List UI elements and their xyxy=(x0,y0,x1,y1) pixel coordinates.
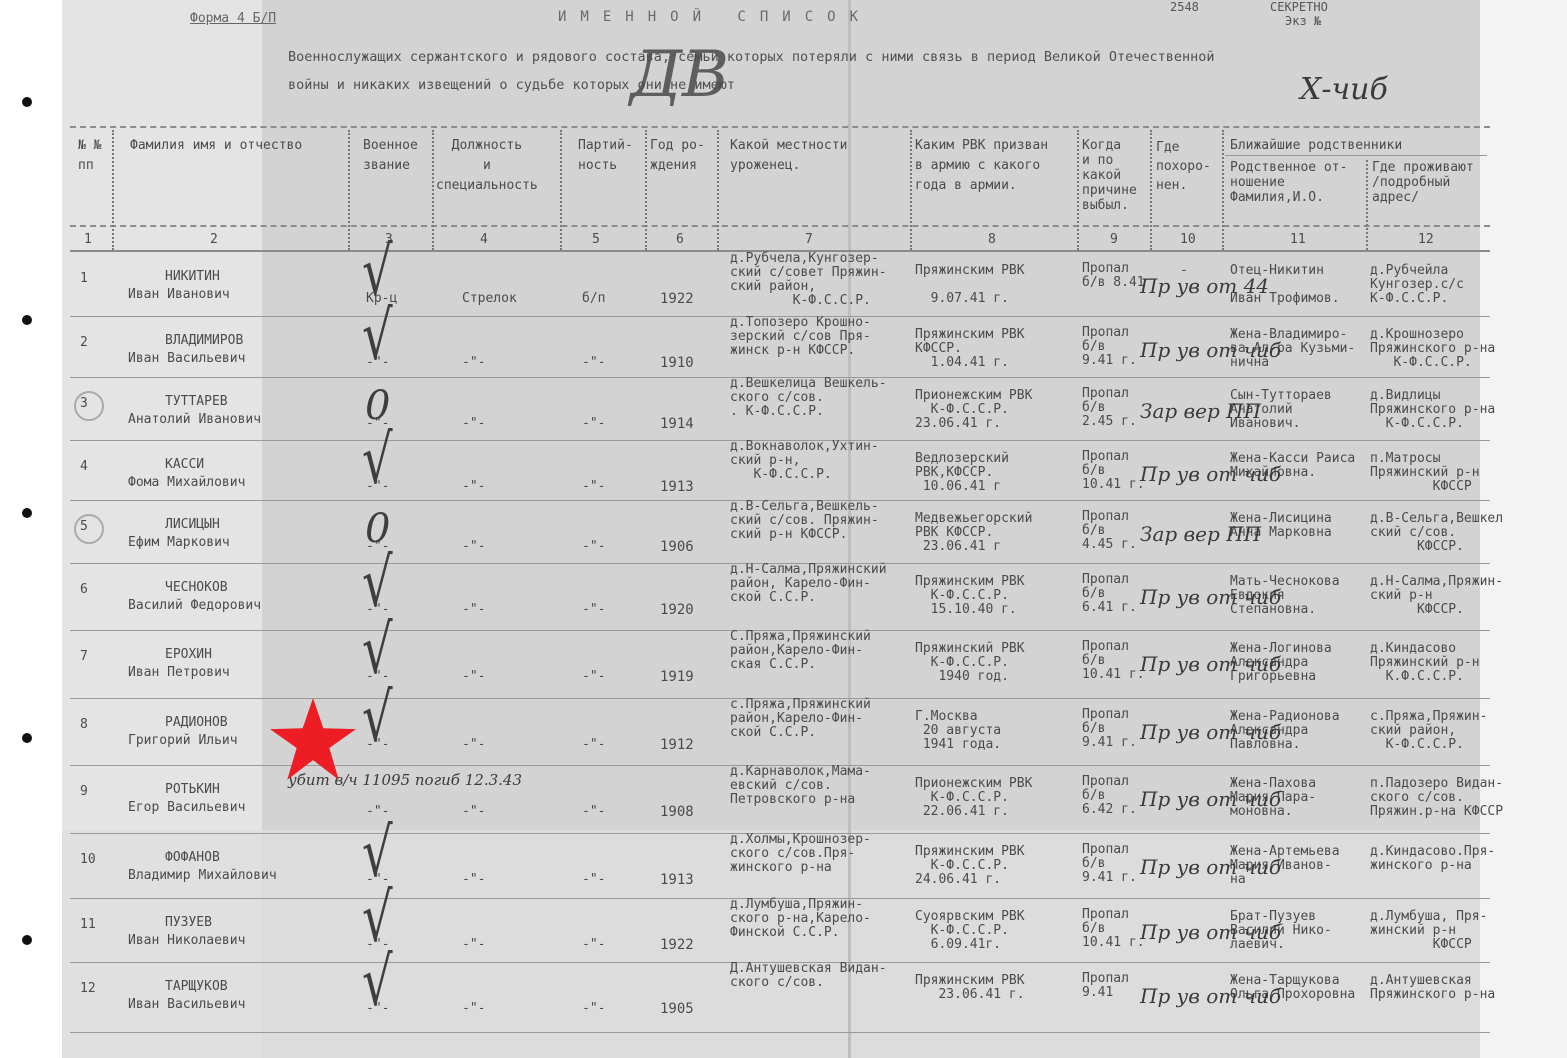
cell-party: -"- xyxy=(582,738,605,752)
cell-given: Иван Петрович xyxy=(128,666,230,680)
cell-left: Пропал б/в 6.42 г. xyxy=(1082,775,1137,817)
cell-num: 10 xyxy=(80,853,96,867)
cell-left: Пропал б/в 9.41 г. xyxy=(1082,326,1137,368)
cell-surname: ВЛАДИМИРОВ xyxy=(165,334,243,348)
cell-birthplace: с.Пряжа,Пряжинский район,Карело-Фин- ско… xyxy=(730,698,871,740)
table-row: 2ВЛАДИМИРОВИван Васильевич-"--"--"-1910д… xyxy=(0,316,1567,377)
col-num-1: 1 xyxy=(84,230,92,250)
cell-rvk: Пряжинским РВК 9.07.41 г. xyxy=(915,264,1025,306)
binder-hole xyxy=(22,97,32,107)
col-header-12: Где проживают /подробный адрес/ xyxy=(1372,160,1474,205)
cell-num: 7 xyxy=(80,650,88,664)
cell-rvk: Пряжинским РВК К-Ф.С.С.Р. 24.06.41 г. xyxy=(915,845,1025,887)
cell-rvk: Медвежьегорский РВК КФССР. 23.06.41 г xyxy=(915,512,1032,554)
col-num-6: 6 xyxy=(676,230,684,250)
cell-birthplace: д.Н-Салма,Пряжинский район, Карело-Фин- … xyxy=(730,563,887,605)
cell-given: Василий Федорович xyxy=(128,599,261,613)
cell-surname: РОТЬКИН xyxy=(165,783,220,797)
cell-year: 1922 xyxy=(660,292,694,306)
cell-address: п.Падозеро Видан- ского с/сов. Пряжин.р-… xyxy=(1370,777,1503,819)
cell-address: д.Киндасово.Пря- жинского р-на xyxy=(1370,845,1495,873)
cell-party: б/п xyxy=(582,292,605,306)
cell-address: д.Рубчейла Кунгозер.с/с К-Ф.С.С.Р. xyxy=(1370,264,1464,306)
cell-rvk: Прионежским РВК К-Ф.С.С.Р. 22.06.41 г. xyxy=(915,777,1032,819)
cell-birthplace: д.Лумбуша,Пряжин- ского р-на,Карело- Фин… xyxy=(730,898,871,940)
cell-rvk: Пряжинским РВК 23.06.41 г. xyxy=(915,974,1025,1002)
handwritten-status-note: Пр ув от чиб xyxy=(1140,984,1281,1008)
cell-address: д.Антушевская Пряжинского р-на xyxy=(1370,974,1495,1002)
handwritten-status-note: Пр ув от чиб xyxy=(1140,462,1281,486)
cell-surname: ЛИСИЦЫН xyxy=(165,518,220,532)
table-row: 3ТУТТАРЕВАнатолий Иванович-"--"--"-1914д… xyxy=(0,377,1567,440)
cell-party: -"- xyxy=(582,603,605,617)
cell-address: д.Н-Салма,Пряжин- ский р-н КФССР. xyxy=(1370,575,1503,617)
check-mark-icon: √ xyxy=(362,611,393,689)
cell-address: д.Крошнозеро Пряжинского р-на К-Ф.С.С.Р. xyxy=(1370,328,1495,370)
col-separator xyxy=(348,130,350,250)
cell-surname: ПУЗУЕВ xyxy=(165,916,212,930)
check-mark-icon: √ xyxy=(362,943,393,1021)
table-row: 1НИКИТИНИван ИвановичКр-цСтрелокб/п1922д… xyxy=(0,252,1567,316)
cell-surname: ТАРЩУКОВ xyxy=(165,980,228,994)
cell-left: Пропал б/в 2.45 г. xyxy=(1082,387,1137,429)
cell-left: Пропал б/в 9.41 г. xyxy=(1082,708,1137,750)
cell-birthplace: д.Вокнаволок,Ухтин- ский р-н, К-Ф.С.С.Р. xyxy=(730,440,879,482)
cell-left: Пропал б/в 8.41 xyxy=(1082,262,1145,290)
table-row: 8РАДИОНОВГригорий Ильич-"--"--"-1912с.Пр… xyxy=(0,698,1567,765)
cell-given: Владимир Михайлович xyxy=(128,869,277,883)
cell-position: -"- xyxy=(462,603,485,617)
col-header-5: Партий- ность xyxy=(578,136,633,176)
cell-given: Егор Васильевич xyxy=(128,801,245,815)
col-header-4: Должность и специальность xyxy=(436,136,538,196)
cell-address: с.Пряжа,Пряжин- ский район, К-Ф.С.С.Р. xyxy=(1370,710,1487,752)
col-num-2: 2 xyxy=(210,230,218,250)
cell-party: -"- xyxy=(582,805,605,819)
col-header-11: Родственное от- ношение Фамилия,И.О. xyxy=(1230,160,1347,205)
col-header-3: Военное звание xyxy=(363,136,418,176)
table-row: 11ПУЗУЕВИван Николаевич-"--"--"-1922д.Лу… xyxy=(0,898,1567,962)
handwritten-status-note: Пр ув от чиб xyxy=(1140,338,1281,362)
col-header-7: Какой местности уроженец. xyxy=(730,136,847,176)
cell-year: 1922 xyxy=(660,938,694,952)
table-row: 9РОТЬКИНЕгор Васильевич-"--"--"-1908д.Ка… xyxy=(0,765,1567,833)
table-row: 6ЧЕСНОКОВВасилий Федорович-"--"--"-1920д… xyxy=(0,563,1567,630)
cell-year: 1908 xyxy=(660,805,694,819)
table-row: 7ЕРОХИНИван Петрович-"--"--"-1919С.Пряжа… xyxy=(0,630,1567,698)
cell-surname: ЧЕСНОКОВ xyxy=(165,581,228,595)
table-row: 12ТАРЩУКОВИван Васильевич-"--"--"-1905Д.… xyxy=(0,962,1567,1032)
col-separator xyxy=(910,130,912,250)
cell-position: -"- xyxy=(462,738,485,752)
cell-rvk: Пряжинский РВК К-Ф.С.С.Р. 1940 год. xyxy=(915,642,1025,684)
cell-year: 1914 xyxy=(660,417,694,431)
circled-row-number xyxy=(74,391,104,421)
cell-address: д.В-Сельга,Вешкел ский с/сов. КФССР. xyxy=(1370,512,1503,554)
cell-birthplace: Д.Антушевская Видан- ского с/сов. xyxy=(730,962,887,990)
cell-party: -"- xyxy=(582,356,605,370)
cell-address: п.Матросы Пряжинский р-н КФССР xyxy=(1370,452,1480,494)
cell-birthplace: д.Холмы,Крошнозер- ского с/сов.Пря- жинс… xyxy=(730,833,871,875)
cell-birthplace: д.Вешкелица Вешкель- ского с/сов. . К-Ф.… xyxy=(730,377,887,419)
cell-year: 1919 xyxy=(660,670,694,684)
cell-left: Пропал б/в 4.45 г. xyxy=(1082,510,1137,552)
col-separator xyxy=(1077,130,1079,250)
red-star-icon xyxy=(270,698,356,780)
cell-rvk: Пряжинским РВК КФССР. 1.04.41 г. xyxy=(915,328,1025,370)
cell-position: -"- xyxy=(462,356,485,370)
cell-given: Ефим Маркович xyxy=(128,536,230,550)
col-header-2: Фамилия имя и отчество xyxy=(130,136,302,156)
col-header-10: Где похоро- нен. xyxy=(1156,138,1211,195)
cell-birthplace: д.В-Сельга,Вешкель- ский с/сов. Пряжин- … xyxy=(730,500,879,542)
cell-num: 1 xyxy=(80,272,88,286)
handwritten-status-note: Пр ув от 44 xyxy=(1140,274,1269,298)
cell-num: 9 xyxy=(80,785,88,799)
cell-position: -"- xyxy=(462,873,485,887)
handwritten-status-note: Пр ув от чиб xyxy=(1140,920,1281,944)
cell-year: 1905 xyxy=(660,1002,694,1016)
cell-surname: ЕРОХИН xyxy=(165,648,212,662)
cell-birthplace: С.Пряжа,Пряжинский район,Карело-Фин- ска… xyxy=(730,630,871,672)
stamp-copy: Экз № xyxy=(1285,14,1321,28)
check-mark-icon: √ xyxy=(362,679,393,757)
col-num-12: 12 xyxy=(1418,230,1434,250)
cell-num: 11 xyxy=(80,918,96,932)
cell-given: Иван Иванович xyxy=(128,288,230,302)
cell-num: 12 xyxy=(80,982,96,996)
handwritten-right-mark: Х-чиб xyxy=(1300,72,1388,107)
col-separator xyxy=(112,130,114,250)
handwritten-status-note: Пр ув от чиб xyxy=(1140,787,1281,811)
cell-year: 1920 xyxy=(660,603,694,617)
handwritten-status-note: Пр ув от чиб xyxy=(1140,855,1281,879)
col-separator xyxy=(432,130,434,250)
cell-party: -"- xyxy=(582,938,605,952)
cell-position: -"- xyxy=(462,805,485,819)
cell-party: -"- xyxy=(582,480,605,494)
cell-position: Стрелок xyxy=(462,292,517,306)
stamp-number: 2548 xyxy=(1170,0,1199,14)
cell-year: 1912 xyxy=(660,738,694,752)
table-row: 10ФОФАНОВВладимир Михайлович-"--"--"-191… xyxy=(0,833,1567,898)
col-num-11: 11 xyxy=(1290,230,1306,250)
cell-party: -"- xyxy=(582,417,605,431)
col-num-4: 4 xyxy=(480,230,488,250)
handwritten-status-note: Зар вер ПП xyxy=(1140,522,1261,546)
col-header-6: Год ро- ждения xyxy=(650,136,705,176)
col-num-8: 8 xyxy=(988,230,996,250)
cell-given: Иван Николаевич xyxy=(128,934,245,948)
handwritten-status-note: Пр ув от чиб xyxy=(1140,720,1281,744)
cell-left: Пропал б/в 6.41 г. xyxy=(1082,573,1137,615)
cell-position: -"- xyxy=(462,417,485,431)
table-row: 4КАССИФома Михайлович-"--"--"-1913д.Вокн… xyxy=(0,440,1567,500)
document-subtitle-line1: Военнослужащих сержантского и рядового с… xyxy=(288,50,1215,64)
cell-position: -"- xyxy=(462,480,485,494)
cell-surname: ТУТТАРЕВ xyxy=(165,395,228,409)
col-header-9: Когда и по какой причине выбыл. xyxy=(1082,138,1137,213)
col-header-8: Каким РВК призван в армию с какого года … xyxy=(915,136,1048,196)
handwritten-header-mark: ДВ xyxy=(630,38,729,112)
col-separator xyxy=(560,130,562,250)
col-num-7: 7 xyxy=(805,230,813,250)
cell-rvk: Суоярвским РВК К-Ф.С.С.Р. 6.09.41г. xyxy=(915,910,1025,952)
relatives-group-header: Ближайшие родственники xyxy=(1230,136,1402,156)
cell-given: Анатолий Иванович xyxy=(128,413,261,427)
cell-left: Пропал б/в 10.41 г. xyxy=(1082,450,1145,492)
cell-position: -"- xyxy=(462,540,485,554)
col-num-5: 5 xyxy=(592,230,600,250)
check-mark-icon: √ xyxy=(362,297,393,375)
cell-year: 1913 xyxy=(660,480,694,494)
cell-year: 1906 xyxy=(660,540,694,554)
check-mark-icon: √ xyxy=(362,421,393,499)
cell-rvk: Г.Москва 20 августа 1941 года. xyxy=(915,710,1001,752)
handwritten-status-note: Пр ув от чиб xyxy=(1140,585,1281,609)
stamp-secret: СЕКРЕТНО xyxy=(1270,0,1328,14)
cell-surname: КАССИ xyxy=(165,458,204,472)
cell-left: Пропал б/в 9.41 г. xyxy=(1082,843,1137,885)
cell-address: д.Видлицы Пряжинского р-на К-Ф.С.С.Р. xyxy=(1370,389,1495,431)
cell-address: д.Киндасово Пряжинский р-н К.Ф.С.С.Р. xyxy=(1370,642,1480,684)
cell-position: -"- xyxy=(462,670,485,684)
cell-left: Пропал б/в 10.41 г. xyxy=(1082,640,1145,682)
col-separator xyxy=(1366,160,1368,250)
cell-left: Пропал б/в 10.41 г. xyxy=(1082,908,1145,950)
cell-rvk: Прионежским РВК К-Ф.С.С.Р. 23.06.41 г. xyxy=(915,389,1032,431)
handwritten-status-note: Пр ув от чиб xyxy=(1140,652,1281,676)
header-rule xyxy=(70,126,1490,128)
cell-surname: РАДИОНОВ xyxy=(165,716,228,730)
circled-row-number xyxy=(74,514,104,544)
cell-num: 6 xyxy=(80,583,88,597)
cell-surname: ФОФАНОВ xyxy=(165,851,220,865)
col-separator xyxy=(1150,130,1152,250)
row-divider xyxy=(70,1032,1490,1033)
cell-birthplace: д.Топозеро Крошно- зерский с/сов Пря- жи… xyxy=(730,316,871,358)
cell-birthplace: д.Рубчела,Кунгозер- ский с/совет Пряжин-… xyxy=(730,252,887,308)
relatives-group-underline xyxy=(1225,155,1487,156)
cell-position: -"- xyxy=(462,1002,485,1016)
cell-party: -"- xyxy=(582,540,605,554)
col-header-1: № № пп xyxy=(78,136,101,176)
cell-given: Григорий Ильич xyxy=(128,734,238,748)
cell-given: Иван Васильевич xyxy=(128,998,245,1012)
cell-num: 2 xyxy=(80,336,88,350)
cell-birthplace: д.Карнаволок,Мама- евский с/сов. Петровс… xyxy=(730,765,871,807)
cell-given: Иван Васильевич xyxy=(128,352,245,366)
cell-rvk: Ведлозерский РВК,КФССР. 10.06.41 г xyxy=(915,452,1009,494)
cell-num: 8 xyxy=(80,718,88,732)
col-num-9: 9 xyxy=(1110,230,1118,250)
column-number-rule xyxy=(70,225,1490,227)
cell-party: -"- xyxy=(582,670,605,684)
col-separator xyxy=(1222,130,1224,250)
cell-party: -"- xyxy=(582,873,605,887)
table-row: 5ЛИСИЦЫНЕфим Маркович-"--"--"-1906д.В-Се… xyxy=(0,500,1567,563)
form-number: Форма 4 Б/П xyxy=(190,12,276,26)
cell-num: 4 xyxy=(80,460,88,474)
cell-given: Фома Михайлович xyxy=(128,476,245,490)
col-separator xyxy=(645,130,647,250)
cell-year: 1913 xyxy=(660,873,694,887)
cell-surname: НИКИТИН xyxy=(165,270,220,284)
handwritten-status-note: Зар вер ПП xyxy=(1140,399,1261,423)
cell-address: д.Лумбуша, Пря- жинский р-н КФССР xyxy=(1370,910,1487,952)
cell-left: Пропал 9.41 xyxy=(1082,972,1129,1000)
col-num-10: 10 xyxy=(1180,230,1196,250)
cell-position: -"- xyxy=(462,938,485,952)
col-separator xyxy=(717,130,719,250)
cell-rvk: Пряжинским РВК К-Ф.С.С.Р. 15.10.40 г. xyxy=(915,575,1025,617)
cell-year: 1910 xyxy=(660,356,694,370)
cell-party: -"- xyxy=(582,1002,605,1016)
document-title: ИМЕННОЙ СПИСОК xyxy=(558,10,872,24)
